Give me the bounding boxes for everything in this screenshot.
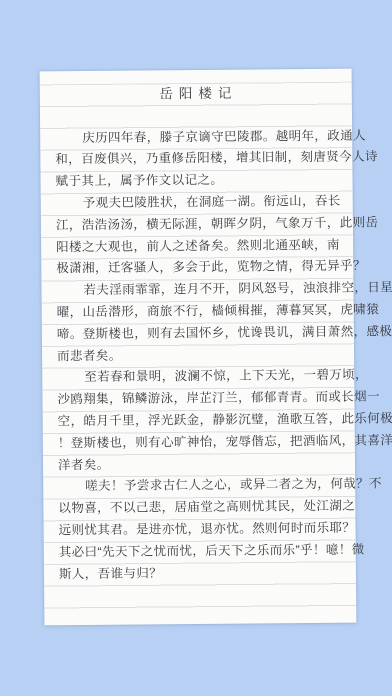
essay-line: 其必曰“先天下之忧而忧，后天下之乐而乐”乎！噫！微: [59, 539, 346, 563]
essay-line: 阳楼之大观也，前人之述备矣。然则北通巫峡，南: [56, 234, 343, 258]
essay-line: 沙鸥翔集，锦鳞游泳，岸芷汀兰，郁郁青青。而或长烟一: [57, 387, 344, 411]
essay-line: 远则忧其君。是进亦忧，退亦忧。然则何时而乐耶？: [59, 518, 346, 542]
essay-line: 洋者矣。: [58, 452, 345, 476]
essay-line: 至若春和景明，波澜不惊，上下天光，一碧万顷，: [57, 365, 344, 389]
essay-line: 而悲者矣。: [57, 343, 344, 367]
essay-line: 嗟夫！予尝求古仁人之心，或异二者之为，何哉？不: [58, 474, 345, 498]
notebook-paper: 岳阳楼记 庆历四年春，滕子京谪守巴陵郡。越明年，政通人 和，百废俱兴，乃重修岳阳…: [40, 69, 357, 626]
essay-line: 若夫淫雨霏霏，连月不开，阴风怒号，浊浪排空，日星隐: [56, 278, 343, 302]
blank-line: [55, 104, 342, 128]
essay-line: 庆历四年春，滕子京谪守巴陵郡。越明年，政通人: [55, 125, 342, 149]
essay-line: 空，皓月千里，浮光跃金，静影沉璧，渔歌互答，此乐何极: [58, 409, 345, 433]
essay-content: 岳阳楼记 庆历四年春，滕子京谪守巴陵郡。越明年，政通人 和，百废俱兴，乃重修岳阳…: [55, 82, 346, 586]
essay-line: 赋于其上，属予作文以记之。: [55, 169, 342, 193]
essay-line: 啼。登斯楼也，则有去国怀乡，忧谗畏讥，满目萧然，感极: [57, 321, 344, 345]
essay-line: ！登斯楼也，则有心旷神怡，宠辱偕忘，把酒临风，其喜洋: [58, 430, 345, 454]
essay-line: 予观夫巴陵胜状，在洞庭一湖。衔远山，吞长: [56, 191, 343, 215]
essay-line: 江，浩浩汤汤，横无际涯，朝晖夕阴，气象万千，此则岳: [56, 213, 343, 237]
essay-line: 极潇湘，迁客骚人，多会于此，览物之情，得无异乎？: [56, 256, 343, 280]
page-background: { "page": { "background_color": "#b7d0f4…: [0, 0, 392, 696]
essay-line: 和，百废俱兴，乃重修岳阳楼，增其旧制，刻唐贤今人诗: [55, 147, 342, 171]
essay-line: 斯人，吾谁与归？: [59, 561, 346, 585]
essay-line: 曜，山岳潜形，商旅不行，樯倾楫摧，薄暮冥冥，虎啸猿: [57, 300, 344, 324]
essay-title: 岳阳楼记: [55, 82, 342, 106]
essay-line: 以物喜，不以己悲，居庙堂之高则忧其民，处江湖之: [58, 496, 345, 520]
